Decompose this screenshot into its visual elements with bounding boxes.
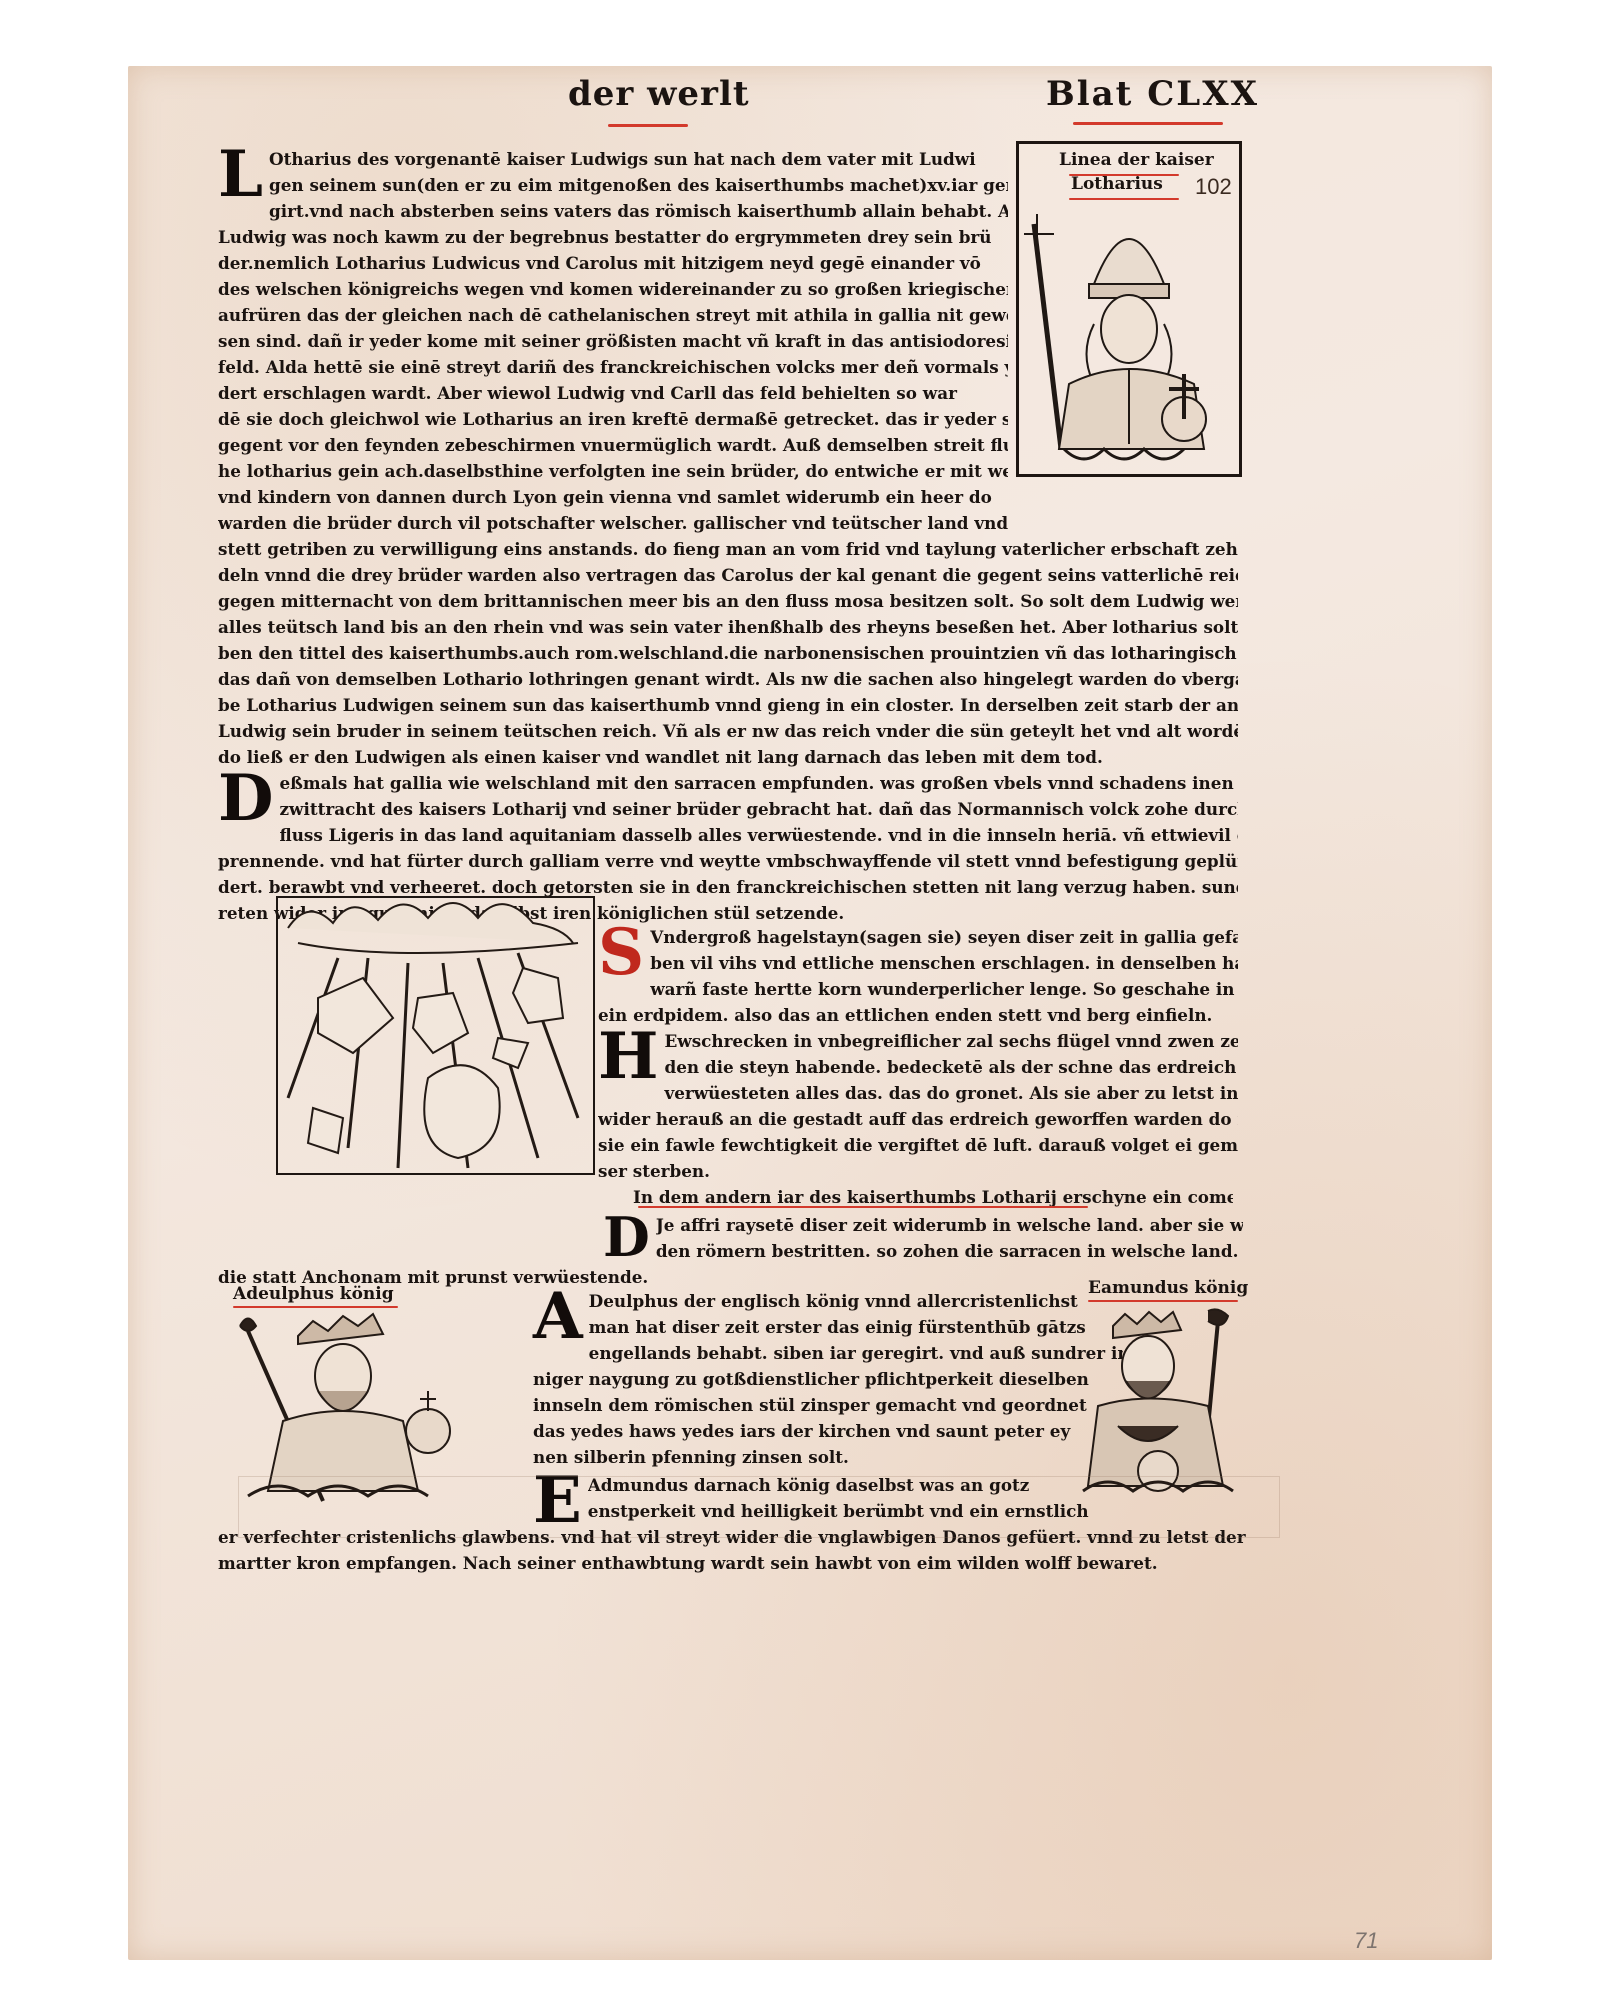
text-line: dē sie doch gleichwol wie Lotharius an i…: [218, 406, 1008, 432]
text-line: niger naygung zu gotßdienstlicher pflich…: [533, 1366, 1123, 1392]
paragraph-lotharius: L Otharius des vorgenantē kaiser Ludwigs…: [218, 146, 1008, 536]
hailstorm-woodcut-frame: [276, 896, 595, 1175]
text-line: do ließ er den Ludwigen als einen kaiser…: [218, 744, 1238, 770]
drop-cap: L: [218, 148, 263, 202]
text-line: ben vil vihs vnd ettliche menschen ersch…: [650, 950, 1238, 976]
text-line: alles teütsch land bis an den rhein vnd …: [218, 614, 1238, 640]
text-line: das dañ von demselben Lothario lothringe…: [218, 666, 1238, 692]
text-line: nen silberin pfenning zinsen solt.: [533, 1444, 1123, 1470]
text-line: Ludwig was noch kawm zu der begrebnus be…: [218, 224, 1008, 250]
pencil-page-number: 71: [1354, 1928, 1378, 1954]
text-line: girt.vnd nach absterben seins vaters das…: [269, 198, 1008, 224]
emperor-woodcut-icon: [1019, 144, 1239, 474]
text-line: Deulphus der englisch könig vnnd allercr…: [589, 1288, 1123, 1314]
text-line: engellands behabt. siben iar geregirt. v…: [589, 1340, 1123, 1366]
text-line: Ludwig sein bruder in seinem teütschen r…: [218, 718, 1238, 744]
text-line: Je affri raysetē diser zeit widerumb in …: [656, 1212, 1243, 1238]
drop-cap: D: [218, 772, 274, 826]
text-line: feld. Alda hettē sie einē streyt dariñ d…: [218, 354, 1008, 380]
rubric-underline: [233, 1306, 398, 1308]
text-line: martter kron empfangen. Nach seiner enth…: [218, 1550, 1248, 1576]
paragraph-affri: D Je affri raysetē diser zeit widerumb i…: [603, 1212, 1243, 1264]
text-line: der.nemlich Lotharius Ludwicus vnd Carol…: [218, 250, 1008, 276]
hailstorm-woodcut-icon: [278, 898, 593, 1173]
text-line: vnd kindern von dannen durch Lyon gein v…: [218, 484, 1008, 510]
text-line: Otharius des vorgenantē kaiser Ludwigs s…: [269, 146, 1008, 172]
text-line: den römern bestritten. so zohen die sarr…: [656, 1238, 1243, 1264]
paragraph-adeulphus: A Deulphus der englisch könig vnnd aller…: [533, 1288, 1123, 1470]
lotharius-woodcut-frame: Linea der kaiser Lotharius 102: [1016, 141, 1242, 477]
figure-caption-adeulphus: Adeulphus könig: [233, 1284, 394, 1304]
text-line: verwüesteten alles das. das do gronet. A…: [664, 1080, 1238, 1106]
rubric-underline: [638, 1206, 1088, 1208]
text-line: ser sterben.: [598, 1158, 1238, 1184]
paragraph-hagelstayn: S Vndergroß hagelstayn(sagen sie) seyen …: [598, 924, 1238, 1028]
drop-cap: A: [533, 1290, 583, 1344]
text-line: Vndergroß hagelstayn(sagen sie) seyen di…: [650, 924, 1238, 950]
text-line: innseln dem römischen stül zinsper gemac…: [533, 1392, 1123, 1418]
text-line: be Lotharius Ludwigen seinem sun das kai…: [218, 692, 1238, 718]
text-line: deln vnnd die drey brüder warden also ve…: [218, 562, 1238, 588]
text-line: dert erschlagen wardt. Aber wiewol Ludwi…: [218, 380, 1008, 406]
rubric-underline: [608, 124, 688, 127]
text-line: fluss Ligeris in das land aquitaniam das…: [280, 822, 1239, 848]
text-line: gen seinem sun(den er zu eim mitgenoßen …: [269, 172, 1008, 198]
text-line: ein erdpidem. also das an ettlichen ende…: [598, 1002, 1238, 1028]
incunabula-leaf: der werlt Blat CLXX Linea der kaiser Lot…: [128, 66, 1492, 1960]
text-line: Ewschrecken in vnbegreiflicher zal sechs…: [664, 1028, 1238, 1054]
text-line: aufrüren das der gleichen nach dē cathel…: [218, 302, 1008, 328]
text-line: das yedes haws yedes iars der kirchen vn…: [533, 1418, 1123, 1444]
text-line: des welschen königreichs wegen vnd komen…: [218, 276, 1008, 302]
drop-cap: S: [598, 926, 644, 980]
paragraph-hewschrecken: H Ewschrecken in vnbegreiflicher zal sec…: [598, 1028, 1238, 1184]
rubric-underline: [1088, 1300, 1238, 1302]
text-line: he lotharius gein ach.daselbsthine verfo…: [218, 458, 1008, 484]
folio-number: Blat CLXX: [1046, 74, 1259, 114]
text-line: gegent vor den feynden zebeschirmen vnue…: [218, 432, 1008, 458]
text-line: prennende. vnd hat fürter durch galliam …: [218, 848, 1238, 874]
text-line: sie ein fawle fewchtigkeit die vergiftet…: [598, 1132, 1238, 1158]
text-line: den die steyn habende. bedecketē als der…: [664, 1054, 1238, 1080]
drop-cap: H: [598, 1030, 658, 1084]
text-line: ben den tittel des kaiserthumbs.auch rom…: [218, 640, 1238, 666]
figure-caption-eamundus: Eamundus könig: [1088, 1278, 1248, 1298]
text-line: stett getriben zu verwilligung eins anst…: [218, 536, 1238, 562]
paragraph-lotharius-cont: stett getriben zu verwilligung eins anst…: [218, 536, 1238, 770]
rubric-underline: [1073, 122, 1223, 125]
text-line: eßmals hat gallia wie welschland mit den…: [280, 770, 1239, 796]
running-head-left: der werlt: [568, 74, 750, 114]
text-line: wider herauß an die gestadt auff das erd…: [598, 1106, 1238, 1132]
text-line: gegen mitternacht von dem brittannischen…: [218, 588, 1238, 614]
text-line: man hat diser zeit erster das einig fürs…: [589, 1314, 1123, 1340]
text-line: warden die brüder durch vil potschafter …: [218, 510, 1008, 536]
show-through-impression: [238, 1476, 1280, 1538]
text-line: zwittracht des kaisers Lotharij vnd sein…: [280, 796, 1239, 822]
text-line: warñ faste hertte korn wunderperlicher l…: [650, 976, 1238, 1002]
text-line: sen sind. dañ ir yeder kome mit seiner g…: [218, 328, 1008, 354]
drop-cap: D: [603, 1214, 650, 1260]
